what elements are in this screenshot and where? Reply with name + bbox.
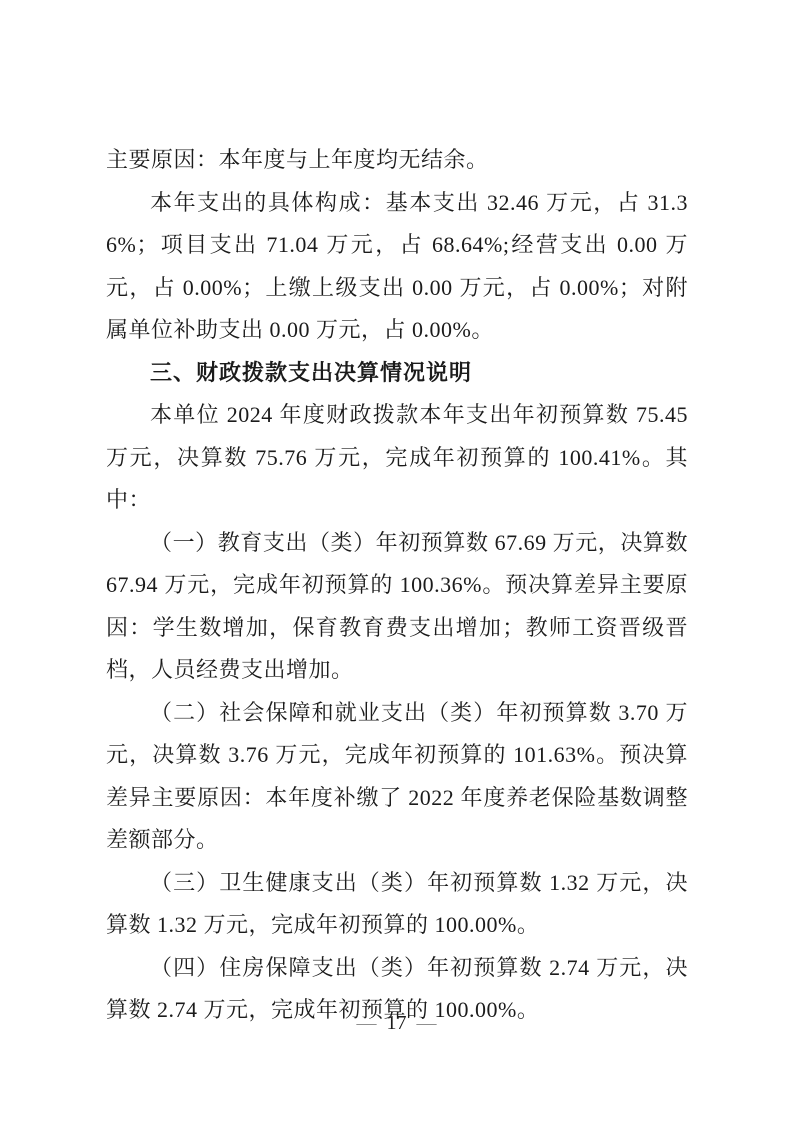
paragraph-item-1-education-expenditure: （一）教育支出（类）年初预算数 67.69 万元，决算数 67.94 万元，完成…: [106, 522, 688, 692]
paragraph-item-3-health-expenditure: （三）卫生健康支出（类）年初预算数 1.32 万元，决算数 1.32 万元，完成…: [106, 862, 688, 947]
page-number: 17: [387, 1012, 407, 1034]
paragraph-carryover-reason: 主要原因：本年度与上年度均无结余。: [106, 139, 688, 182]
footer-dash-right: —: [407, 1012, 447, 1034]
document-page: 主要原因：本年度与上年度均无结余。 本年支出的具体构成：基本支出 32.46 万…: [0, 0, 793, 1122]
document-body: 主要原因：本年度与上年度均无结余。 本年支出的具体构成：基本支出 32.46 万…: [106, 139, 688, 1032]
paragraph-fiscal-appropriation-overview: 本单位 2024 年度财政拨款本年支出年初预算数 75.45 万元，决算数 75…: [106, 394, 688, 522]
paragraph-expenditure-composition: 本年支出的具体构成：基本支出 32.46 万元，占 31.36%；项目支出 71…: [106, 182, 688, 352]
section-heading-fiscal-appropriation-expenditure: 三、财政拨款支出决算情况说明: [106, 352, 688, 395]
footer-dash-left: —: [347, 1012, 387, 1034]
page-footer: —17—: [0, 1008, 793, 1038]
paragraph-item-2-social-security-expenditure: （二）社会保障和就业支出（类）年初预算数 3.70 万元，决算数 3.76 万元…: [106, 692, 688, 862]
